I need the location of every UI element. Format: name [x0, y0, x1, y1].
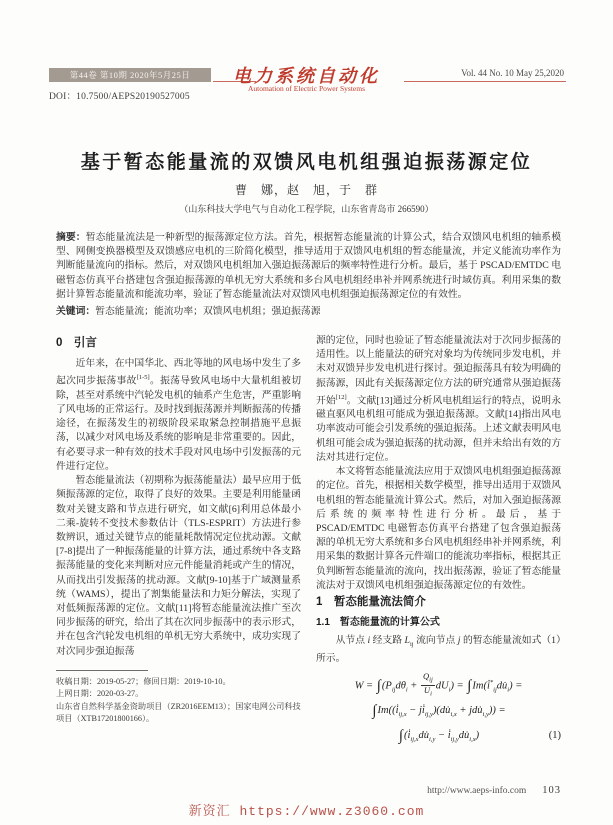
- footnote-rule: [56, 670, 148, 671]
- abstract-text: 暂态能量流法是一种新型的振荡源定位方法。首先，根据暂态能量流的计算公式，结合双馈…: [56, 232, 561, 300]
- volume-info: Vol. 44 No. 10 May 25,2020: [461, 68, 564, 78]
- intro-paragraph-1: 近年来，在中国华北、西北等地的风电场中发生了多起次同步振荡事故[1-5]。振荡导…: [56, 357, 301, 474]
- left-column: 0 引言 近年来，在中国华北、西北等地的风电场中发生了多起次同步振荡事故[1-5…: [56, 334, 301, 750]
- footnote-online-date: 上网日期：2020-03-27。: [56, 688, 301, 700]
- body-columns: 0 引言 近年来，在中国华北、西北等地的风电场中发生了多起次同步振荡事故[1-5…: [56, 334, 561, 750]
- front-matter: 摘要：暂态能量流法是一种新型的振荡源定位方法。首先，根据暂态能量流的计算公式，结…: [56, 231, 561, 319]
- page-footer: http://www.aeps-info.com103: [427, 785, 561, 796]
- section-1-1-paragraph: 从节点 i 经支路 Lij 流向节点 j 的暂态能量流如式（1）所示。: [316, 634, 561, 666]
- journal-subtitle: Automation of Electric Power Systems: [0, 84, 613, 93]
- keywords-block: 关键词：暂态能量流；能流功率；双馈风电机组；强迫振荡源: [56, 305, 561, 319]
- section-1-heading: 1 暂态能量流法简介: [316, 595, 561, 609]
- intro-paragraph-2: 暂态能量流法（初期称为振荡能量法）最早应用于低频振荡源的定位，取得了良好的效果。…: [56, 474, 301, 659]
- affiliation-line: （山东科技大学电气与自动化工程学院，山东省青岛市 266590）: [0, 202, 613, 215]
- keywords-text: 暂态能量流；能流功率；双馈风电机组；强迫振荡源: [95, 306, 320, 317]
- authors-line: 曹 娜，赵 旭，于 群: [0, 181, 613, 198]
- watermark: 新资汇 https://www.z3060.com: [0, 800, 613, 819]
- section-0-heading: 0 引言: [56, 336, 301, 350]
- footnote-funding: 山东省自然科学基金资助项目（ZR2016EEM13）；国家电网公司科技项目（XT…: [56, 701, 301, 726]
- paper-page: 第44卷 第10期 2020年5月25日 DOI：10.7500/AEPS201…: [0, 0, 613, 825]
- equation-1-line-3: ∫(i̇ij,xdu̇i,y − i̇ij,ydu̇i,x) (1): [316, 725, 561, 750]
- paper-title: 基于暂态能量流的双馈风电机组强迫振荡源定位: [0, 147, 613, 174]
- intro-paragraph-3: 源的定位，同时也验证了暂态能量流法对于次同步振荡的适用性。以上能量法的研究对象均…: [316, 334, 561, 465]
- footer-url: http://www.aeps-info.com: [427, 786, 526, 796]
- right-column: 源的定位，同时也验证了暂态能量流法对于次同步振荡的适用性。以上能量法的研究对象均…: [316, 334, 561, 750]
- equation-1-line-1: W = ∫(Pijdθi + QijUidUi) = ∫Im(i̇*ijdu̇i…: [316, 672, 561, 701]
- footnote-received-date: 收稿日期：2019-05-27；修回日期：2019-10-10。: [56, 676, 301, 688]
- abstract-block: 摘要：暂态能量流法是一种新型的振荡源定位方法。首先，根据暂态能量流的计算公式，结…: [56, 231, 561, 302]
- footnote-block: 收稿日期：2019-05-27；修回日期：2019-10-10。 上网日期：20…: [56, 670, 301, 726]
- equation-1-line-2: ∫Im((i̇ij,x − ji̇ij,y)(du̇i,x + jdu̇i,y)…: [316, 700, 561, 725]
- section-1-1-heading: 1.1 暂态能量流的计算公式: [316, 616, 561, 630]
- abstract-label: 摘要：: [56, 232, 86, 243]
- equation-1-line-3-body: ∫(i̇ij,xdu̇i,y − i̇ij,ydu̇i,x): [398, 730, 479, 741]
- equation-number: (1): [549, 725, 561, 746]
- intro-paragraph-4: 本文将暂态能量流法应用于双馈风电机组强迫振荡源的定位。首先，根据相关数学模型，推…: [316, 465, 561, 593]
- page-number: 103: [542, 785, 561, 796]
- keywords-label: 关键词：: [56, 306, 95, 317]
- equation-1: W = ∫(Pijdθi + QijUidUi) = ∫Im(i̇*ijdu̇i…: [316, 672, 561, 751]
